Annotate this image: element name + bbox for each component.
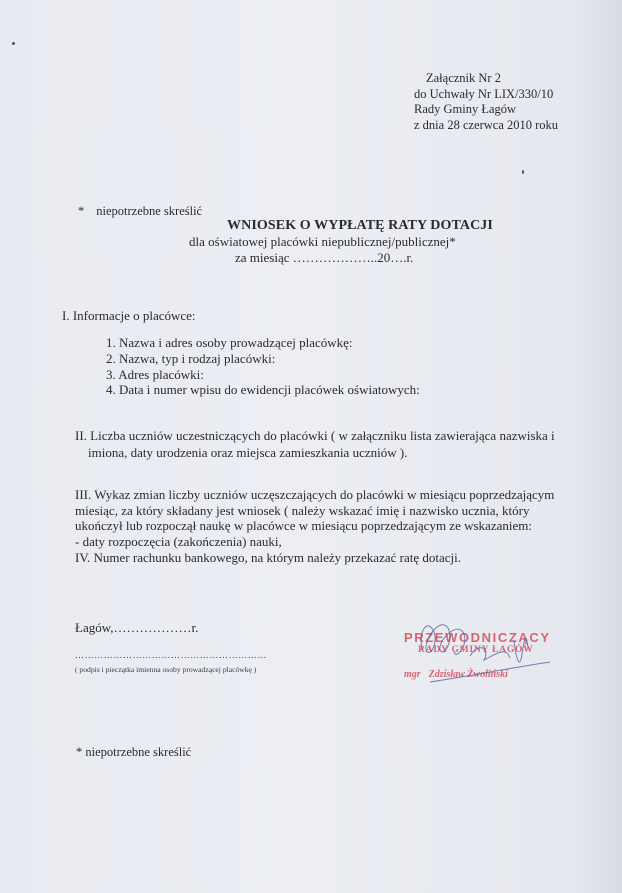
section-3-line: miesiąc, za który składany jest wniosek … (75, 503, 585, 519)
header-line: do Uchwały Nr LIX/330/10 (414, 87, 558, 103)
list-item: 1. Nazwa i adres osoby prowadzącej placó… (106, 335, 420, 351)
list-item: 2. Nazwa, typ i rodzaj placówki: (106, 351, 420, 367)
section-3-line: - daty rozpoczęcia (zakończenia) nauki, (75, 534, 585, 550)
footnote-bottom: * niepotrzebne skreślić (76, 745, 191, 760)
month-line: za miesiąc ………………..20….r. (235, 250, 413, 266)
section-3-line: ukończył lub rozpoczął naukę w placówce … (75, 518, 585, 534)
header-line: Rady Gminy Łagów (414, 102, 558, 118)
section-2-line: imiona, daty urodzenia oraz miejsca zami… (75, 445, 575, 462)
handwritten-signature-icon (410, 610, 560, 690)
document-subtitle: dla oświatowej placówki niepublicznej/pu… (189, 234, 456, 250)
signature-caption: ( podpis i pieczątka imienna osoby prowa… (75, 665, 256, 674)
signature-line: …………………………………………………… (75, 650, 267, 660)
list-item: 3. Adres placówki: (106, 367, 420, 383)
title-text: WNIOSEK O WYPŁATĘ RATY DOTACJI (227, 218, 493, 234)
header-line: z dnia 28 czerwca 2010 roku (414, 118, 558, 134)
section-2: II. Liczba uczniów uczestniczących do pl… (75, 428, 575, 461)
scan-speck (12, 42, 15, 45)
section-4-line: IV. Numer rachunku bankowego, na którym … (75, 550, 585, 566)
asterisk: * (78, 204, 84, 218)
section-2-line: II. Liczba uczniów uczestniczących do pl… (75, 428, 575, 445)
header-line: Załącznik Nr 2 (414, 71, 558, 87)
list-item: 4. Data i numer wpisu do ewidencji placó… (106, 382, 420, 398)
scan-speck (522, 170, 524, 174)
footnote-top: *niepotrzebne skreślić (78, 204, 202, 219)
attachment-header: Załącznik Nr 2 do Uchwały Nr LIX/330/10 … (414, 71, 558, 133)
section-1-list: 1. Nazwa i adres osoby prowadzącej placó… (106, 335, 420, 398)
document-page: Załącznik Nr 2 do Uchwały Nr LIX/330/10 … (0, 0, 622, 893)
footnote-text: niepotrzebne skreślić (96, 204, 202, 218)
section-1-heading: I. Informacje o placówce: (62, 308, 196, 324)
section-3: III. Wykaz zmian liczby uczniów uczęszcz… (75, 487, 585, 566)
place-date-field: Łagów,………………r. (75, 620, 198, 636)
document-title: WNIOSEK O WYPŁATĘ RATY DOTACJI (0, 218, 622, 234)
section-3-line: III. Wykaz zmian liczby uczniów uczęszcz… (75, 487, 585, 503)
